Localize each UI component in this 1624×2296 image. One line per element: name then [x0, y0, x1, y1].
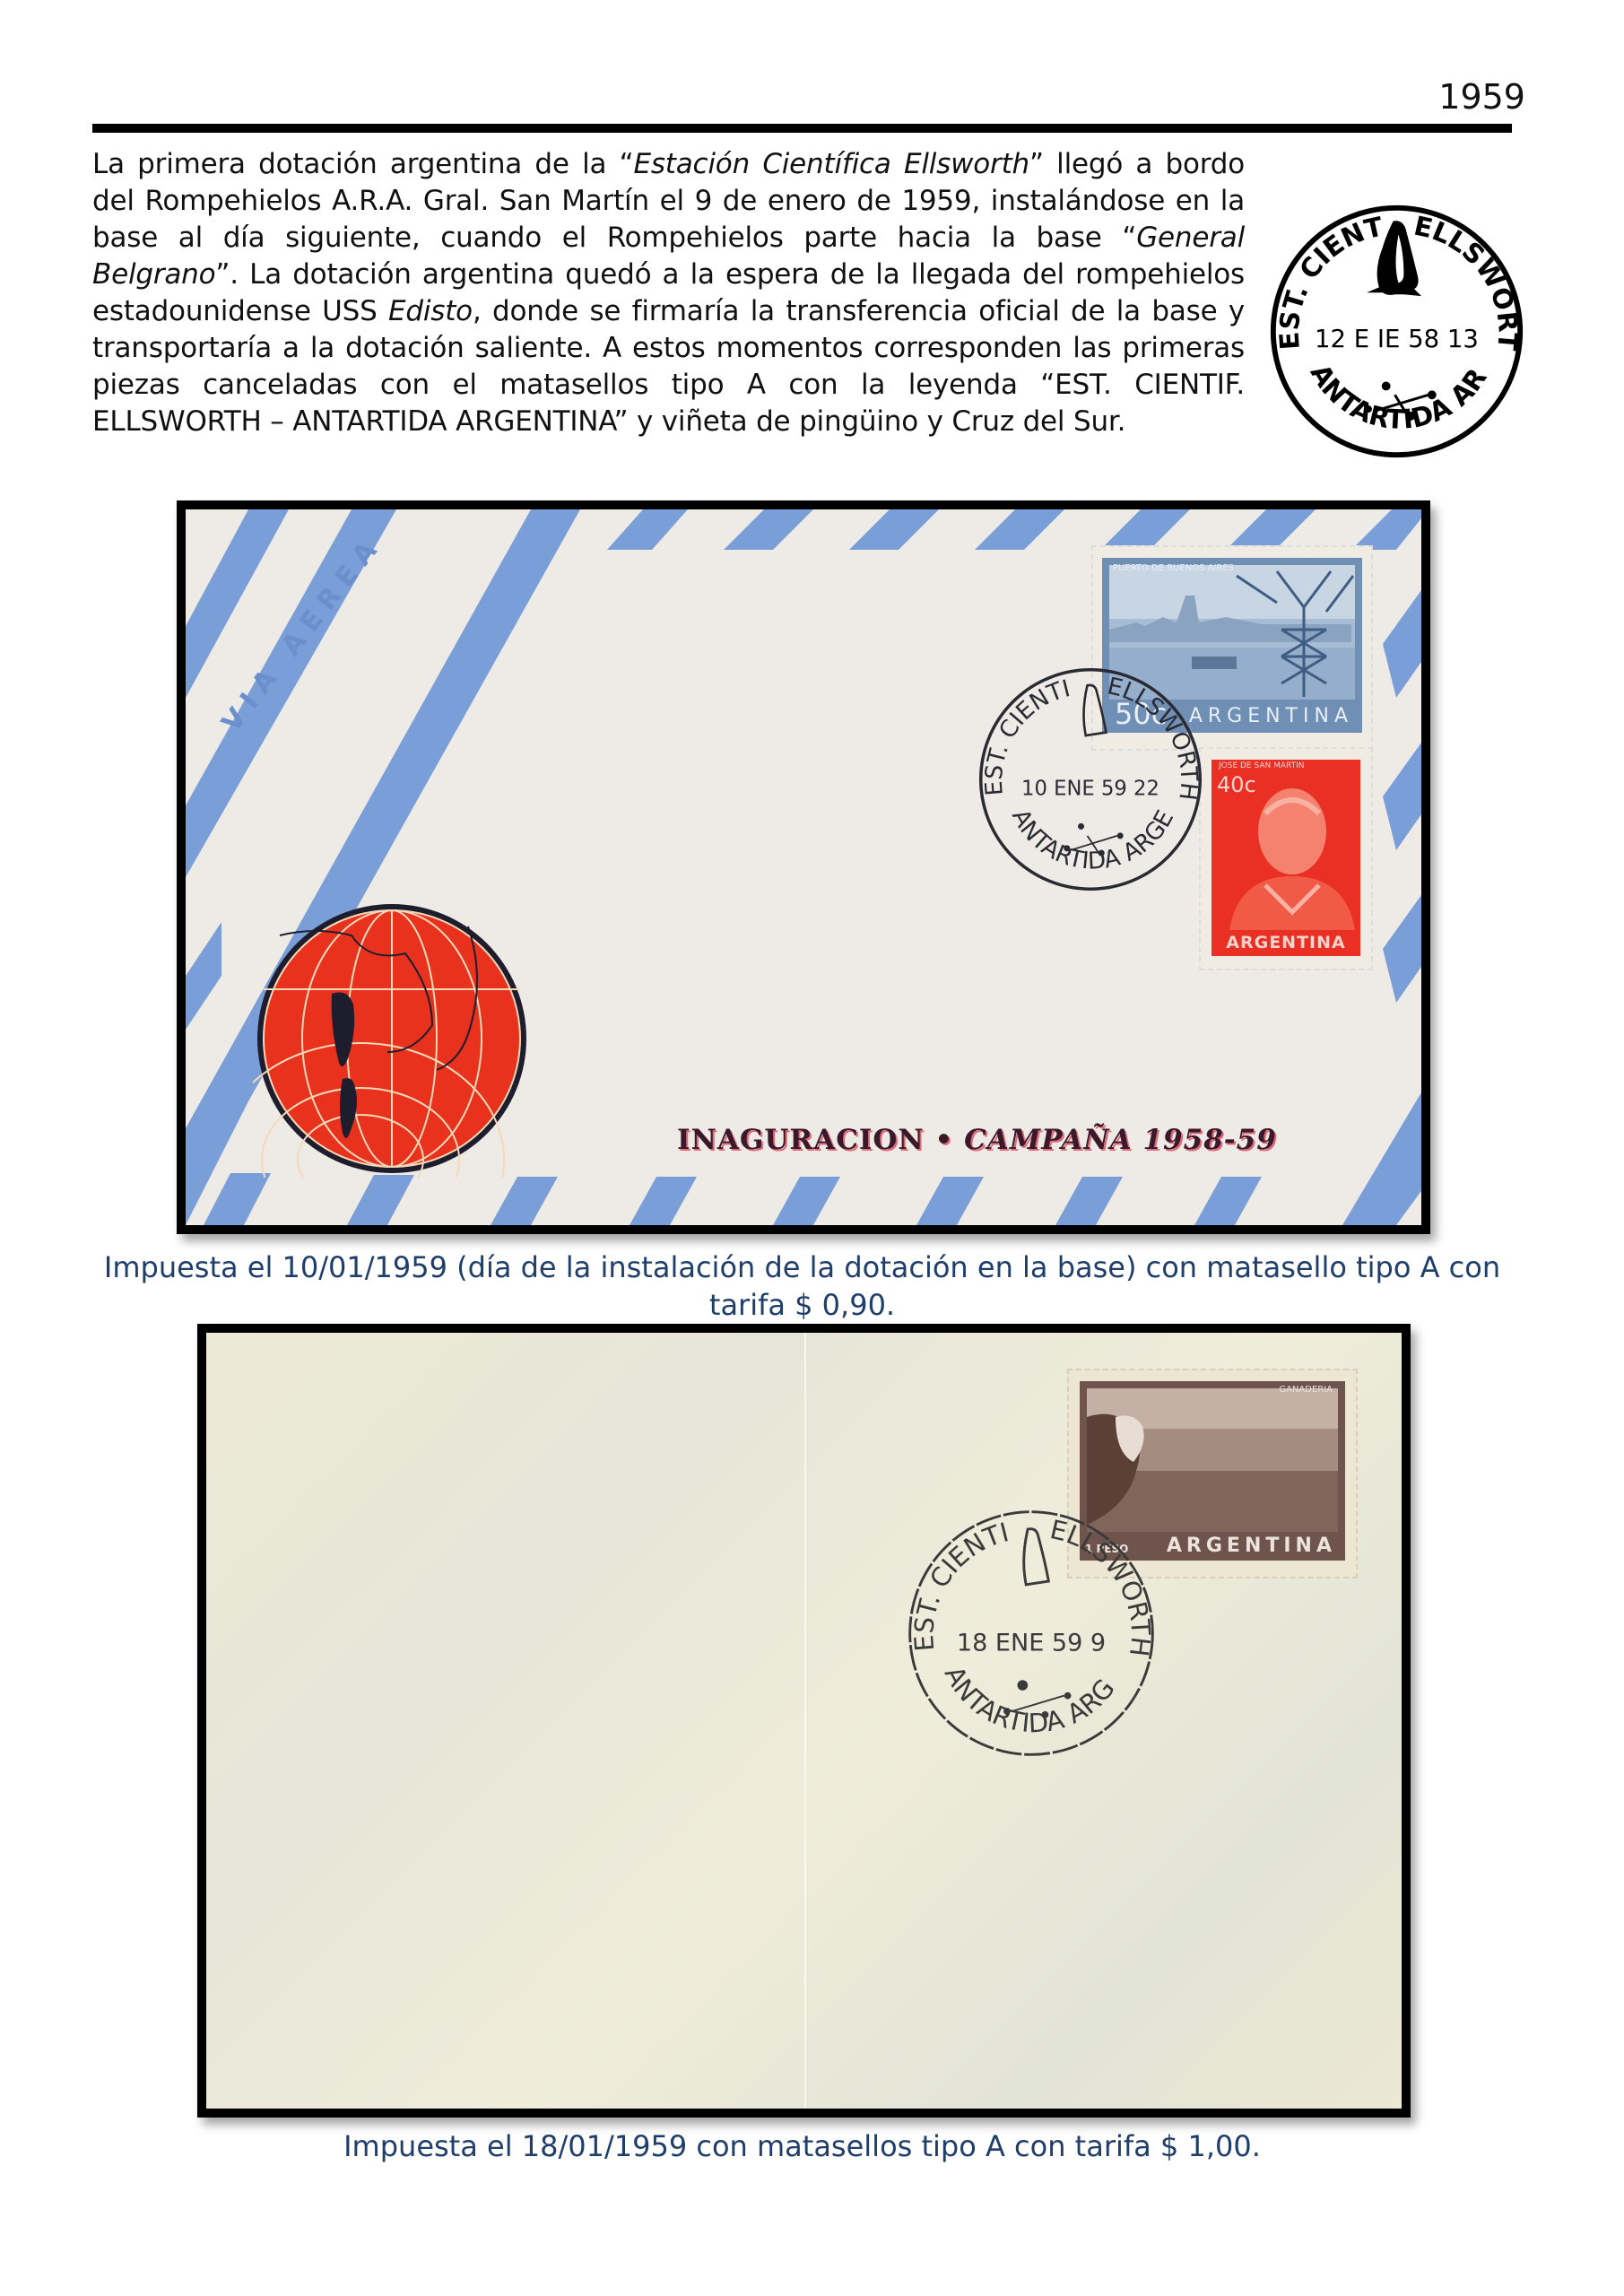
ship-name: Edisto: [388, 295, 473, 327]
stamp-san-martin: JOSE DE SAN MARTIN 40c ARGENTINA: [1199, 747, 1373, 970]
intro-paragraph: La primera dotación argentina de la “Est…: [92, 146, 1245, 440]
cachet-globe-icon: [253, 900, 531, 1178]
stamp-value: 40c: [1217, 772, 1256, 797]
cachet-inscription: INAGURACION • CAMPAÑA 1958-59: [677, 1124, 1277, 1156]
cover-2-envelope: GANADERIA 1 PESO ARGENTINA EST. CIENTIF.…: [206, 1333, 1402, 2109]
stamp-title: JOSE DE SAN MARTIN: [1219, 761, 1305, 770]
page-number: 1959: [1438, 77, 1525, 117]
cover-2-caption: Impuesta el 18/01/1959 con matasellos ti…: [92, 2127, 1512, 2165]
cover-2-postmark: EST. CIENTIF. ELLSWORTH ANTARTIDA ARGENT…: [901, 1503, 1161, 1763]
penguin-icon: [1024, 1529, 1049, 1585]
cover-1-caption: Impuesta el 10/01/1959 (día de la instal…: [92, 1248, 1512, 1324]
postmark-date: 18 ENE 59 9: [957, 1629, 1106, 1657]
station-name: Estación Científica Ellsworth: [633, 148, 1029, 180]
fold-line: [804, 1333, 806, 2109]
postmark-date: 12 E IE 58 13: [1315, 325, 1479, 353]
header-rule: [92, 124, 1512, 133]
postmark-type-a-illustration: EST. CIENTIF. ELLSWORTH ANTARTIDA ARGENT…: [1264, 199, 1529, 464]
stamp-country: ARGENTINA: [1167, 1535, 1336, 1557]
stamp-country: ARGENTINA: [1189, 705, 1353, 727]
stamp-title: GANADERIA: [1279, 1385, 1333, 1395]
cover-1: VIA AEREA INAGUR: [177, 500, 1430, 1234]
stamp-title: PUERTO DE BUENOS AIRES: [1113, 563, 1234, 573]
cover-1-envelope: VIA AEREA INAGUR: [186, 509, 1421, 1225]
cover-2: GANADERIA 1 PESO ARGENTINA EST. CIENTIF.…: [197, 1324, 1411, 2118]
postmark-date: 10 ENE 59 22: [1021, 777, 1159, 800]
penguin-icon: [1084, 685, 1107, 735]
cover-1-postmark: EST. CIENTIF. ELLSWORTH ANTARTIDA ARGENT…: [973, 662, 1208, 897]
stamp-country: ARGENTINA: [1211, 933, 1360, 952]
